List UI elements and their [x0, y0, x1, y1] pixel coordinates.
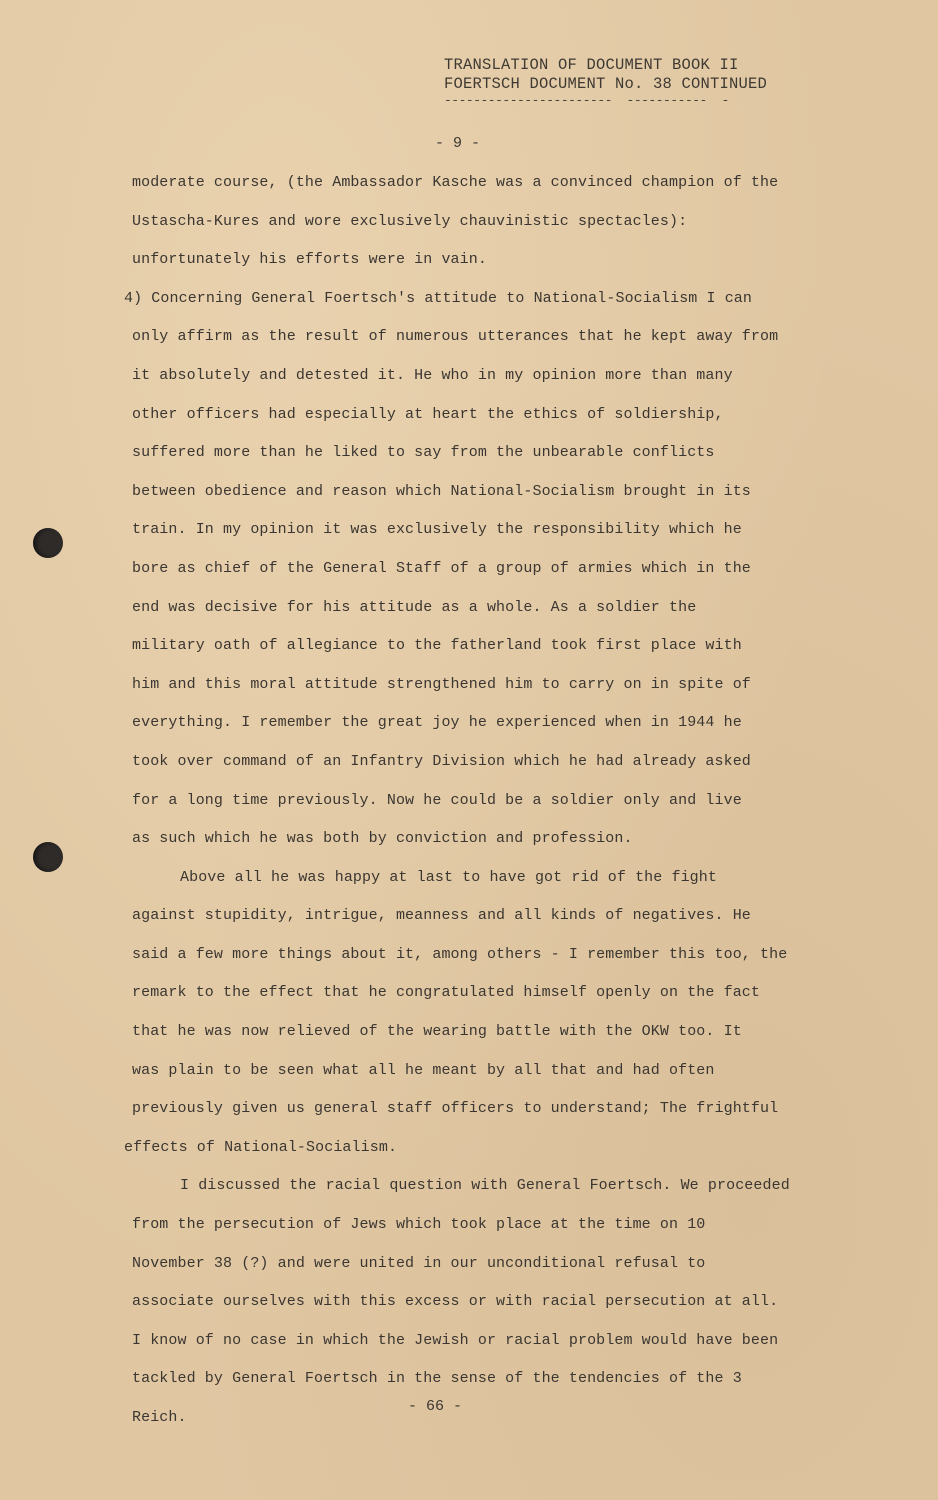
- page-number-bottom: - 66 -: [408, 1398, 462, 1415]
- text-line: from the persecution of Jews which took …: [132, 1210, 832, 1249]
- text-line: it absolutely and detested it. He who in…: [132, 361, 832, 400]
- header-rule: ----------------------- ----------- -: [444, 94, 767, 108]
- punch-hole-top: [33, 528, 63, 558]
- document-header: TRANSLATION OF DOCUMENT BOOK II FOERTSCH…: [444, 56, 767, 108]
- text-line: bore as chief of the General Staff of a …: [132, 554, 832, 593]
- text-line: suffered more than he liked to say from …: [132, 438, 832, 477]
- text-line: as such which he was both by conviction …: [132, 824, 832, 863]
- punch-hole-bottom: [33, 842, 63, 872]
- paragraph-point-4: 4) Concerning General Foertsch's attitud…: [132, 284, 832, 863]
- paragraph-above-all: Above all he was happy at last to have g…: [132, 863, 832, 1172]
- document-body: moderate course, (the Ambassador Kasche …: [132, 168, 832, 1442]
- text-line: effects of National-Socialism.: [124, 1133, 832, 1172]
- text-line: I know of no case in which the Jewish or…: [132, 1326, 832, 1365]
- text-line: took over command of an Infantry Divisio…: [132, 747, 832, 786]
- text-line: military oath of allegiance to the fathe…: [132, 631, 832, 670]
- text-line: associate ourselves with this excess or …: [132, 1287, 832, 1326]
- text-line: everything. I remember the great joy he …: [132, 708, 832, 747]
- text-line: end was decisive for his attitude as a w…: [132, 593, 832, 632]
- text-line: against stupidity, intrigue, meanness an…: [132, 901, 832, 940]
- text-line: previously given us general staff office…: [132, 1094, 832, 1133]
- text-line: him and this moral attitude strengthened…: [132, 670, 832, 709]
- text-line: tackled by General Foertsch in the sense…: [132, 1364, 832, 1403]
- text-line: said a few more things about it, among o…: [132, 940, 832, 979]
- text-line: moderate course, (the Ambassador Kasche …: [132, 168, 832, 207]
- text-line: other officers had especially at heart t…: [132, 400, 832, 439]
- text-line: Ustascha-Kures and wore exclusively chau…: [132, 207, 832, 246]
- text-line: I discussed the racial question with Gen…: [132, 1171, 832, 1210]
- text-line: train. In my opinion it was exclusively …: [132, 515, 832, 554]
- text-line: Reich.: [132, 1403, 832, 1442]
- header-title: TRANSLATION OF DOCUMENT BOOK II: [444, 56, 767, 75]
- text-line: between obedience and reason which Natio…: [132, 477, 832, 516]
- text-line: unfortunately his efforts were in vain.: [132, 245, 832, 284]
- header-subtitle: FOERTSCH DOCUMENT No. 38 CONTINUED: [444, 75, 767, 94]
- text-line: was plain to be seen what all he meant b…: [132, 1056, 832, 1095]
- text-line: Above all he was happy at last to have g…: [132, 863, 832, 902]
- text-line: November 38 (?) and were united in our u…: [132, 1249, 832, 1288]
- text-line: 4) Concerning General Foertsch's attitud…: [124, 284, 832, 323]
- text-line: only affirm as the result of numerous ut…: [132, 322, 832, 361]
- document-page: TRANSLATION OF DOCUMENT BOOK II FOERTSCH…: [0, 0, 938, 1500]
- page-number-top: - 9 -: [435, 135, 480, 152]
- paragraph-racial-question: I discussed the racial question with Gen…: [132, 1171, 832, 1441]
- text-line: for a long time previously. Now he could…: [132, 786, 832, 825]
- text-line: that he was now relieved of the wearing …: [132, 1017, 832, 1056]
- paragraph-continuation: moderate course, (the Ambassador Kasche …: [132, 168, 832, 284]
- text-line: remark to the effect that he congratulat…: [132, 978, 832, 1017]
